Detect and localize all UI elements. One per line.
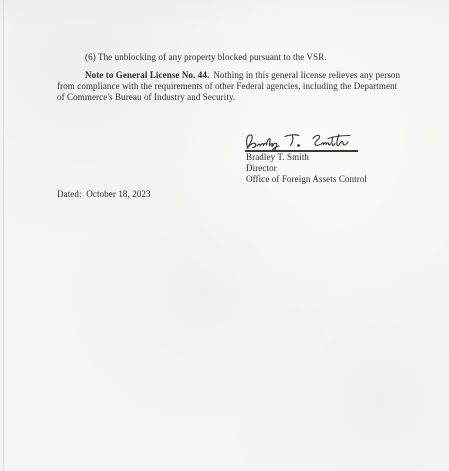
note-lead-bold: Note to General License No. 44.: [85, 70, 209, 80]
scan-edge-artifact: [3, 0, 4, 471]
note-paragraph: Note to General License No. 44.Nothing i…: [57, 70, 401, 103]
signatory-name: Bradley T. Smith: [246, 152, 309, 163]
dated-line: Dated: October 18, 2023: [57, 189, 151, 200]
signatory-title: Director: [246, 163, 277, 174]
paragraph-6: (6) The unblocking of any property block…: [57, 52, 401, 63]
document-page: (6) The unblocking of any property block…: [0, 0, 449, 471]
signatory-office: Office of Foreign Assets Control: [246, 174, 367, 185]
